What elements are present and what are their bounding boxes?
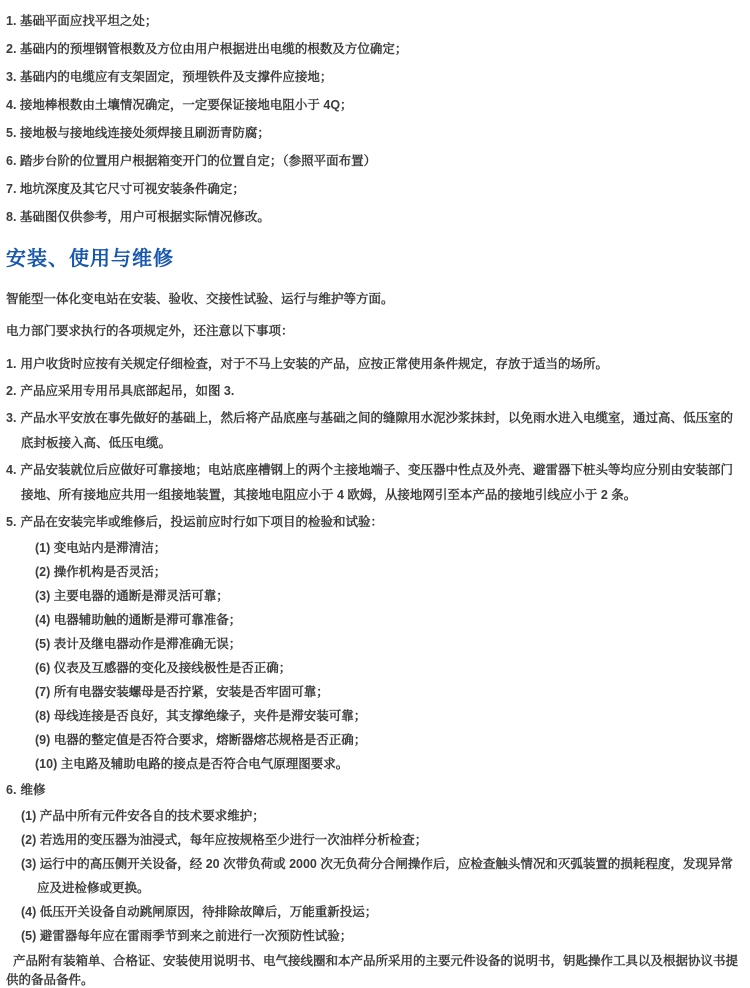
foundation-note-text: 6. 踏步台阶的位置用户根据箱变开门的位置自定；（参照平面布置） <box>6 154 376 168</box>
foundation-note-item: 3. 基础内的电缆应有支架固定，预埋铁件及支撑件应接地； <box>6 64 742 90</box>
intro-paragraph-2: 电力部门要求执行的各项规定外，还注意以下事项： <box>6 318 742 344</box>
sub-item: (5) 避雷器每年应在雷雨季节到来之前进行一次预防性试验； <box>21 924 742 948</box>
foundation-note-text: 1. 基础平面应找平坦之处； <box>6 14 157 28</box>
item-number: 1. <box>6 357 16 371</box>
foundation-note-text: 4. 接地棒根数由土壤情况确定，一定要保证接地电阻小于 4Q； <box>6 98 353 112</box>
foundation-note-item: 8. 基础图仅供参考，用户可根据实际情况修改。 <box>6 204 742 230</box>
list-item: 3.产品水平安放在事先做好的基础上，然后将产品底座与基础之间的缝隙用水泥沙浆抹封… <box>6 406 742 456</box>
item-text: 产品在安装完毕或维修后，投运前应时行如下项目的检验和试验： <box>20 515 383 529</box>
foundation-note-text: 5. 接地极与接地线连接处须焊接且刷沥青防腐； <box>6 126 270 140</box>
foundation-note-text: 7. 地坑深度及其它尺寸可视安装条件确定； <box>6 182 245 196</box>
list-item: 1.用户收货时应按有关规定仔细检查，对于不马上安装的产品，应按正常使用条件规定，… <box>6 352 742 377</box>
item-number: 4. <box>6 463 16 477</box>
sub-item: (3) 主要电器的通断是滞灵活可靠； <box>35 584 742 608</box>
intro-paragraph-1: 智能型一体化变电站在安装、验收、交接性试验、运行与维护等方面。 <box>6 286 742 312</box>
foundation-note-text: 3. 基础内的电缆应有支架固定，预埋铁件及支撑件应接地； <box>6 70 332 84</box>
item-text: 维修 <box>20 783 45 797</box>
foundation-note-item: 6. 踏步台阶的位置用户根据箱变开门的位置自定；（参照平面布置） <box>6 148 742 174</box>
sub-item: (6) 仪表及互感器的变化及接线极性是否正确； <box>35 656 742 680</box>
list-item: 6.维修(1) 产品中所有元件安各自的技术要求维护；(2) 若选用的变压器为油浸… <box>6 778 742 948</box>
foundation-note-text: 2. 基础内的预埋钢管根数及方位由用户根据进出电缆的根数及方位确定； <box>6 42 407 56</box>
sub-list: (1) 产品中所有元件安各自的技术要求维护；(2) 若选用的变压器为油浸式，每年… <box>21 804 742 948</box>
foundation-note-item: 5. 接地极与接地线连接处须焊接且刷沥青防腐； <box>6 120 742 146</box>
closing-paragraph: 产品附有装箱单、合格证、安装使用说明书、电气接线圈和本产品所采用的主要元件设备的… <box>6 952 742 988</box>
item-number: 5. <box>6 515 16 529</box>
list-item: 2.产品应采用专用吊具底部起吊，如图 3. <box>6 379 742 404</box>
section-title: 安装、使用与维修 <box>6 246 742 272</box>
foundation-note-item: 4. 接地棒根数由土壤情况确定，一定要保证接地电阻小于 4Q； <box>6 92 742 118</box>
sub-list: (1) 变电站内是滞清洁；(2) 操作机构是否灵活；(3) 主要电器的通断是滞灵… <box>35 536 742 776</box>
sub-item: (3) 运行中的高压侧开关设备，经 20 次带负荷或 2000 次无负荷分合闸操… <box>21 852 742 900</box>
foundation-note-item: 1. 基础平面应找平坦之处； <box>6 8 742 34</box>
sub-item: (2) 操作机构是否灵活； <box>35 560 742 584</box>
foundation-note-item: 2. 基础内的预埋钢管根数及方位由用户根据进出电缆的根数及方位确定； <box>6 36 742 62</box>
installation-notes-list: 1.用户收货时应按有关规定仔细检查，对于不马上安装的产品，应按正常使用条件规定，… <box>6 352 742 948</box>
sub-item: (4) 电器辅助触的通断是滞可靠准备； <box>35 608 742 632</box>
sub-item: (1) 变电站内是滞清洁； <box>35 536 742 560</box>
item-number: 2. <box>6 384 16 398</box>
document-page: 1. 基础平面应找平坦之处； 2. 基础内的预埋钢管根数及方位由用户根据进出电缆… <box>0 0 750 988</box>
sub-item: (2) 若选用的变压器为油浸式，每年应按规格至少进行一次油样分析检查； <box>21 828 742 852</box>
foundation-note-item: 7. 地坑深度及其它尺寸可视安装条件确定； <box>6 176 742 202</box>
sub-item: (10) 主电路及辅助电路的接点是否符合电气原理图要求。 <box>35 752 742 776</box>
sub-item: (4) 低压开关设备自动跳闸原因，待排除故障后，万能重新投运； <box>21 900 742 924</box>
list-item: 5.产品在安装完毕或维修后，投运前应时行如下项目的检验和试验：(1) 变电站内是… <box>6 510 742 776</box>
item-number: 3. <box>6 411 16 425</box>
item-text: 产品安装就位后应做好可靠接地；电站底座槽钢上的两个主接地端子、变压器中性点及外壳… <box>20 463 733 502</box>
sub-item: (1) 产品中所有元件安各自的技术要求维护； <box>21 804 742 828</box>
foundation-notes-list: 1. 基础平面应找平坦之处； 2. 基础内的预埋钢管根数及方位由用户根据进出电缆… <box>6 8 742 230</box>
item-text: 产品水平安放在事先做好的基础上，然后将产品底座与基础之间的缝隙用水泥沙浆抹封，以… <box>20 411 733 450</box>
sub-item: (5) 表计及继电器动作是滞准确无误； <box>35 632 742 656</box>
item-text: 产品应采用专用吊具底部起吊，如图 3. <box>20 384 234 398</box>
list-item: 4.产品安装就位后应做好可靠接地；电站底座槽钢上的两个主接地端子、变压器中性点及… <box>6 458 742 508</box>
foundation-note-text: 8. 基础图仅供参考，用户可根据实际情况修改。 <box>6 210 270 224</box>
item-text: 用户收货时应按有关规定仔细检查，对于不马上安装的产品，应按正常使用条件规定，存放… <box>20 357 608 371</box>
sub-item: (7) 所有电器安装螺母是否拧紧，安装是否牢固可靠； <box>35 680 742 704</box>
sub-item: (8) 母线连接是否良好，其支撑绝缘子，夹件是滞安装可靠； <box>35 704 742 728</box>
item-number: 6. <box>6 783 16 797</box>
sub-item: (9) 电器的整定值是否符合要求，熔断器熔芯规格是否正确； <box>35 728 742 752</box>
